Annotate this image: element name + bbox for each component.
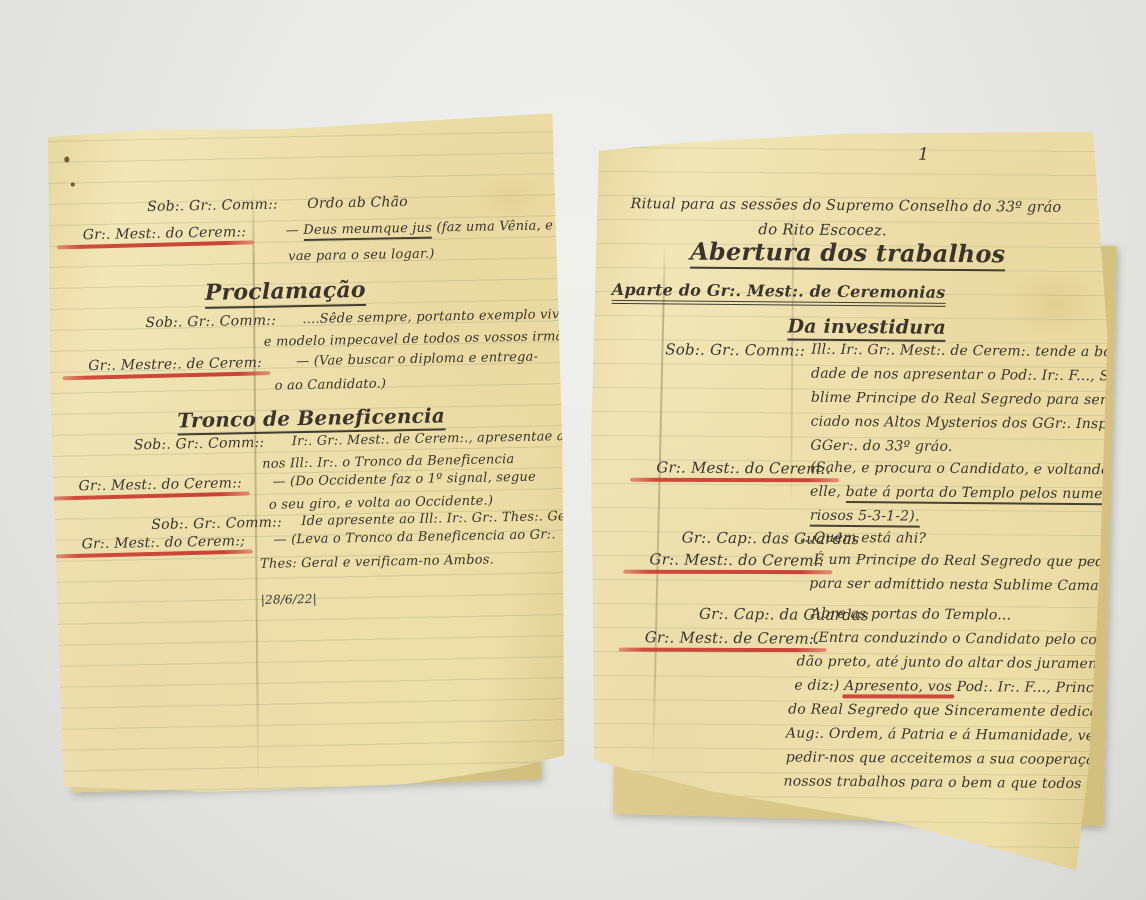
dialogue-text: ciado nos Altos Mysterios dos GGr:. Insp… — [811, 414, 1118, 433]
manuscript-line: pedir-nos que acceitemos a sua cooperaçã… — [586, 748, 1106, 775]
dialogue-text: Ordo ab Chão — [307, 194, 408, 212]
dialogue-text: (Entra conduzindo o Candidato pelo cor- — [813, 630, 1109, 649]
left-manuscript-page: Sob:. Gr:. Comm:: Ordo ab Chão Gr:. Mest… — [44, 111, 571, 797]
section-heading: Da investidura — [787, 315, 946, 341]
dialogue-text: Abre as portas do Templo... — [811, 606, 1011, 624]
manuscript-line: dade de nos apresentar o Pod:. Ir:. F...… — [589, 364, 1109, 391]
dialogue-label: Sob:. Gr:. Comm:: — [147, 197, 278, 216]
dialogue-label-red-underlined: Gr:. Mest:. de Cerem:. — [645, 628, 820, 649]
dialogue-text: vae para o seu logar.) — [288, 247, 435, 265]
dialogue-text-underlined: riosos 5-3-1-2). — [810, 508, 920, 528]
section-heading: Proclamação — [205, 277, 366, 309]
dialogue-text: Thes: Geral e verificam-no Ambos. — [260, 552, 494, 571]
dialogue-text: o ao Candidato.) — [275, 376, 387, 393]
dialogue-label: Sob:. Gr:. Comm:: — [134, 435, 265, 454]
page-number: 1 — [918, 145, 929, 165]
manuscript-line: para ser admittido nesta Sublime Camara — [587, 574, 1107, 601]
section-heading: Tronco de Beneficencia — [177, 403, 445, 435]
manuscript-line: Ritual para as sessões do Supremo Consel… — [590, 196, 1110, 223]
manuscript-line: e diz:) Apresento, vos Pod:. Ir:. F..., … — [586, 676, 1106, 703]
dialogue-text: (faz uma Vênia, e — [432, 218, 553, 235]
pin-hole — [71, 182, 75, 186]
dialogue-text-underlined: bate á porta do Templo pelos numeros mys… — [846, 484, 1146, 506]
manuscript-line: vae para o seu logar.) — [46, 244, 560, 276]
dialogue-label-red-underlined: Gr:. Mest:. do Cerem:: — [83, 224, 247, 244]
manuscript-line: Gr:. Cap:. da Guardas Abre as portas do … — [587, 604, 1107, 631]
manuscript-line: Sob:. Gr:. Comm:: Ordo ab Chão — [45, 191, 559, 223]
dialogue-label-red-underlined: Gr:. Mest:. do Cerem:. — [656, 458, 831, 479]
manuscript-line: ciado nos Altos Mysterios dos GGr:. Insp… — [589, 412, 1109, 439]
main-heading: Abertura dos trabalhos — [690, 237, 1005, 272]
manuscript-line: 1 — [591, 142, 1111, 169]
dialogue-label-red-underlined: Gr:. Mest:. do Cerem:; — [82, 533, 246, 553]
dialogue-text: É um Principe do Real Segredo que pede — [813, 552, 1113, 571]
manuscript-line: Abertura dos trabalhos — [590, 236, 1110, 263]
dialogue-text: — (Vae buscar o diploma e entrega- — [296, 350, 538, 370]
manuscript-line: Proclamação — [47, 273, 561, 305]
dialogue-label: Sob:. Gr:. Comm:: — [665, 340, 805, 359]
dialogue-text: GGer:. do 33º gráo. — [810, 438, 952, 455]
manuscript-line: Aparte do Gr:. Mest:. de Ceremonias — [590, 280, 1110, 307]
dialogue-text: elle, — [810, 484, 846, 500]
manuscript-line: Sob:. Gr:. Comm:: Ill:. Ir:. Gr:. Mest:.… — [589, 340, 1109, 367]
dialogue-text: para ser admittido nesta Sublime Camara — [809, 576, 1114, 595]
dialogue-text: Ill:. Ir:. Gr:. Mest:. de Cerem:. tende … — [811, 342, 1126, 361]
manuscript-line: Aug:. Ordem, á Patria e á Humanidade, ve… — [586, 724, 1106, 751]
right-manuscript-page: 1 Ritual para as sessões do Supremo Cons… — [585, 124, 1111, 876]
dialogue-text: pedir-nos que acceitemos a sua cooperaçã… — [786, 749, 1134, 768]
dialogue-text: (Sahe, e procura o Candidato, e voltando… — [810, 460, 1144, 479]
dialogue-text: e diz:) — [794, 678, 844, 694]
dialogue-text: Aug:. Ordem, á Patria e á Humanidade, ve… — [786, 725, 1108, 744]
dialogue-label: Sob:. Gr:. Comm:: — [145, 313, 276, 332]
manuscript-line: Tronco de Beneficencia — [49, 401, 563, 433]
dialogue-label: Sob:. Gr:. Comm:: — [151, 514, 282, 533]
dialogue-text: dade de nos apresentar o Pod:. Ir:. F...… — [811, 366, 1124, 385]
manuscript-line: Gr:. Mest:. do Cerem:. (Sahe, e procura … — [588, 458, 1108, 485]
manuscript-line: Gr:. Mest:. do Cerem:: É um Principe do … — [587, 550, 1107, 577]
manuscript-line: dão preto, até junto do altar dos jurame… — [586, 652, 1106, 679]
document-title: Ritual para as sessões do Supremo Consel… — [630, 196, 1061, 216]
dialogue-text: ....Sêde sempre, portanto exemplo vivo, — [302, 307, 572, 327]
dialogue-text: dão preto, até junto do altar dos jurame… — [797, 654, 1124, 673]
manuscript-line: Gr:. Mest:. de Cerem:. (Entra conduzindo… — [587, 628, 1107, 655]
dialogue-text: blime Principe do Real Segredo para ser … — [811, 390, 1135, 409]
photo-background: Sob:. Gr:. Comm:: Ordo ab Chão Gr:. Mest… — [0, 0, 1146, 900]
dialogue-text-red-underlined: Apresento, vos — [844, 678, 952, 695]
dialogue-text-underlined: Deus meumque jus — [303, 221, 432, 241]
manuscript-line: blime Principe do Real Segredo para ser … — [589, 388, 1109, 415]
dialogue-label-red-underlined: Gr:. Mest:. do Cerem:: — [78, 475, 242, 495]
dialogue-label-red-underlined: Gr:. Mest:. do Cerem:: — [649, 550, 824, 571]
dialogue-text: o seu giro, e volta ao Occidente.) — [269, 493, 494, 512]
dialogue-label-red-underlined: Gr:. Mestre:. de Cerem: — [88, 355, 262, 375]
dialogue-text: ...Quem está ahi? — [800, 530, 927, 547]
aside-heading: Aparte do Gr:. Mest:. de Ceremonias — [612, 280, 946, 307]
manuscript-line: do Real Segredo que Sinceramente dedicad… — [586, 700, 1106, 727]
manuscript-line: |28/6/22| — [53, 587, 567, 619]
manuscript-line: Da investidura — [589, 314, 1109, 341]
dialogue-text: Pod:. Ir:. F..., Principe — [952, 679, 1116, 696]
dialogue-text: — — [286, 223, 304, 238]
date-annotation: |28/6/22| — [261, 592, 317, 607]
pin-hole — [64, 157, 69, 163]
manuscript-line: elle, bate á porta do Templo pelos numer… — [588, 482, 1108, 509]
